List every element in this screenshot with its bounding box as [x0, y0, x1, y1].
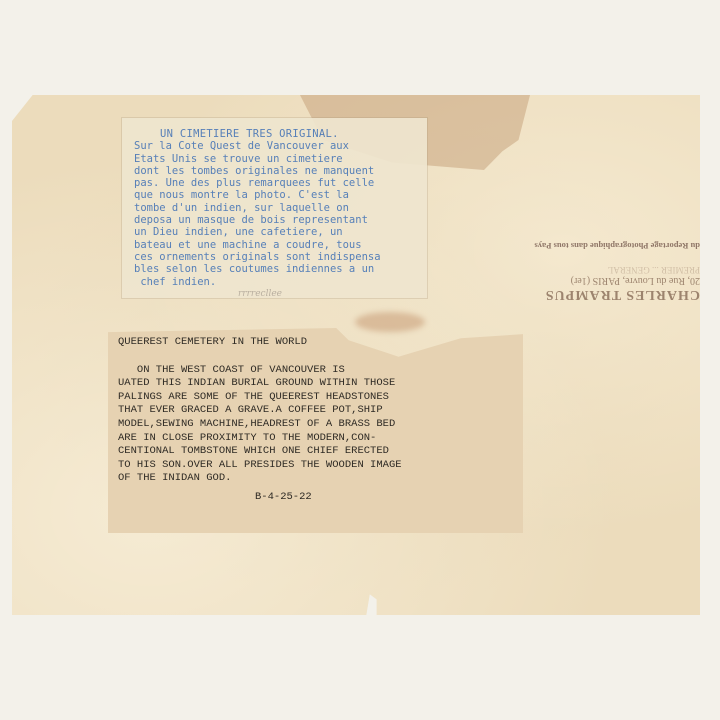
- text-line: ON THE WEST COAST OF VANCOUVER IS: [118, 364, 513, 378]
- photographer-stamp: CHARLES TRAMPUS 20, Rue du Louvre, PARIS…: [470, 212, 700, 302]
- text-line: Sur la Cote Quest de Vancouver aux: [134, 140, 419, 152]
- french-caption-clipping: UN CIMETIERE TRES ORIGINAL. Sur la Cote …: [122, 118, 427, 298]
- stamp-address: 20, Rue du Louvre, PARIS (1er): [470, 275, 700, 286]
- text-line: deposa un masque de bois representant: [134, 214, 419, 226]
- text-line: PALINGS ARE SOME OF THE QUEEREST HEADSTO…: [118, 391, 513, 405]
- text-line: tombe d'un indien, sur laquelle on: [134, 202, 419, 214]
- text-line: bateau et une machine a coudre, tous: [134, 239, 419, 251]
- text-line: TO HIS SON.OVER ALL PRESIDES THE WOODEN …: [118, 459, 513, 473]
- text-line: OF THE INIDAN GOD.: [118, 472, 513, 486]
- stamp-name: CHARLES TRAMPUS: [470, 286, 700, 302]
- text-line: THAT EVER GRACED A GRAVE.A COFFEE POT,SH…: [118, 404, 513, 418]
- text-line: dont les tombes originales ne manquent: [134, 165, 419, 177]
- english-caption-body: ON THE WEST COAST OF VANCOUVER ISUATED T…: [118, 364, 513, 486]
- text-line: pas. Une des plus remarquees fut celle: [134, 177, 419, 189]
- text-line: chef indien.: [134, 276, 419, 288]
- text-line: ARE IN CLOSE PROXIMITY TO THE MODERN,CON…: [118, 432, 513, 446]
- text-line: que nous montre la photo. C'est la: [134, 189, 419, 201]
- text-line: UATED THIS INDIAN BURIAL GROUND WITHIN T…: [118, 377, 513, 391]
- french-caption-body: Sur la Cote Quest de Vancouver auxEtats …: [134, 140, 419, 288]
- english-caption-clipping: QUEEREST CEMETERY IN THE WORLD ON THE WE…: [108, 328, 523, 533]
- text-line: CENTIONAL TOMBSTONE WHICH ONE CHIEF EREC…: [118, 445, 513, 459]
- text-line: ces ornements originals sont indispensa: [134, 251, 419, 263]
- text-line: un Dieu indien, une cafetiere, un: [134, 226, 419, 238]
- stamp-faded-text: PREMIER ... GENERAL: [470, 265, 700, 275]
- text-line: bles selon les coutumes indiennes a un: [134, 263, 419, 275]
- text-line: MODEL,SEWING MACHINE,HEADREST OF A BRASS…: [118, 418, 513, 432]
- paper-stain: [355, 312, 425, 332]
- text-line: Etats Unis se trouve un cimetiere: [134, 153, 419, 165]
- pencil-note: rrrrecllee: [238, 289, 282, 299]
- stamp-reportage-line: du Reportage Photographique dans tous Pa…: [470, 241, 700, 251]
- date-code: B-4-25-22: [118, 491, 513, 505]
- french-caption-title: UN CIMETIERE TRES ORIGINAL.: [134, 128, 419, 140]
